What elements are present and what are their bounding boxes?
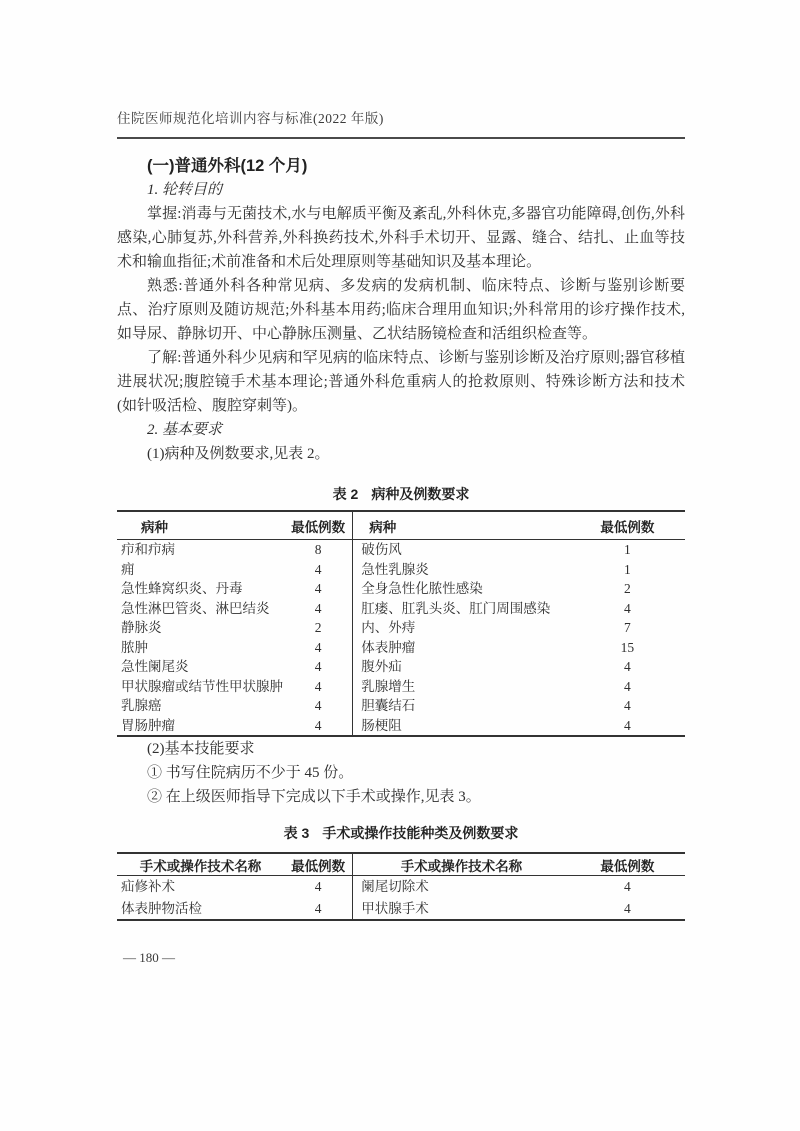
min-cases-cell: 4 bbox=[284, 677, 353, 697]
min-cases-cell: 4 bbox=[284, 876, 353, 898]
min-cases-cell: 4 bbox=[284, 696, 353, 716]
table3-header: 手术或操作技术名称 最低例数 手术或操作技术名称 最低例数 bbox=[117, 853, 685, 876]
min-cases-cell: 4 bbox=[284, 579, 353, 599]
item-name-cell: 疝修补术 bbox=[117, 876, 284, 898]
table-header-row: 病种 最低例数 病种 最低例数 bbox=[117, 511, 685, 540]
min-cases-cell: 2 bbox=[570, 579, 685, 599]
requirement-item-1: (1)病种及例数要求,见表 2。 bbox=[117, 442, 685, 466]
item-name-cell: 肛瘘、肛乳头炎、肛门周围感染 bbox=[353, 599, 570, 619]
min-cases-cell: 4 bbox=[570, 696, 685, 716]
min-cases-cell: 4 bbox=[284, 638, 353, 658]
min-cases-cell: 15 bbox=[570, 638, 685, 658]
col-header-disease-right: 病种 bbox=[353, 511, 570, 540]
col-header-operation-right: 手术或操作技术名称 bbox=[353, 853, 570, 876]
table-header-row: 手术或操作技术名称 最低例数 手术或操作技术名称 最低例数 bbox=[117, 853, 685, 876]
table-row: 静脉炎2内、外痔7 bbox=[117, 618, 685, 638]
min-cases-cell: 4 bbox=[284, 657, 353, 677]
table3-title-text: 手术或操作技能种类及例数要求 bbox=[322, 825, 518, 841]
table-row: 疝修补术4阑尾切除术4 bbox=[117, 876, 685, 898]
item-name-cell: 体表肿物活检 bbox=[117, 898, 284, 921]
table2-title-text: 病种及例数要求 bbox=[371, 486, 469, 502]
item-name-cell: 体表肿瘤 bbox=[353, 638, 570, 658]
min-cases-cell: 4 bbox=[570, 599, 685, 619]
table-row: 体表肿物活检4甲状腺手术4 bbox=[117, 898, 685, 921]
item-name-cell: 脓肿 bbox=[117, 638, 284, 658]
table2-title: 表 2病种及例数要求 bbox=[117, 484, 685, 504]
item-name-cell: 痈 bbox=[117, 560, 284, 580]
item-name-cell: 乳腺癌 bbox=[117, 696, 284, 716]
item-name-cell: 急性淋巴管炎、淋巴结炎 bbox=[117, 599, 284, 619]
col-header-operation-left: 手术或操作技术名称 bbox=[117, 853, 284, 876]
min-cases-cell: 2 bbox=[284, 618, 353, 638]
table-row: 疖和疖病8破伤风1 bbox=[117, 540, 685, 560]
goal-heading: 1. 轮转目的 bbox=[117, 178, 685, 202]
table3-body: 疝修补术4阑尾切除术4体表肿物活检4甲状腺手术4 bbox=[117, 876, 685, 921]
col-header-min-cases-right: 最低例数 bbox=[570, 511, 685, 540]
min-cases-cell: 8 bbox=[284, 540, 353, 560]
table-row: 急性蜂窝织炎、丹毒4全身急性化脓性感染2 bbox=[117, 579, 685, 599]
header-rule bbox=[117, 137, 685, 139]
min-cases-cell: 1 bbox=[570, 540, 685, 560]
min-cases-cell: 1 bbox=[570, 560, 685, 580]
table-row: 急性阑尾炎4腹外疝4 bbox=[117, 657, 685, 677]
item-name-cell: 甲状腺手术 bbox=[353, 898, 570, 921]
min-cases-cell: 4 bbox=[284, 599, 353, 619]
paragraph-master: 掌握:消毒与无菌技术,水与电解质平衡及紊乱,外科休克,多器官功能障碍,创伤,外科… bbox=[117, 202, 685, 274]
operations-table: 手术或操作技术名称 最低例数 手术或操作技术名称 最低例数 疝修补术4阑尾切除术… bbox=[117, 852, 685, 921]
min-cases-cell: 4 bbox=[570, 657, 685, 677]
table2-header: 病种 最低例数 病种 最低例数 bbox=[117, 511, 685, 540]
requirements-heading: 2. 基本要求 bbox=[117, 418, 685, 442]
document-page: 住院医师规范化培训内容与标准(2022 年版) (一)普通外科(12 个月) 1… bbox=[0, 0, 800, 1131]
requirement-item-2: (2)基本技能要求 bbox=[117, 737, 685, 761]
item-name-cell: 腹外疝 bbox=[353, 657, 570, 677]
running-header: 住院医师规范化培训内容与标准(2022 年版) bbox=[117, 110, 685, 128]
table-row: 痈4急性乳腺炎1 bbox=[117, 560, 685, 580]
item-name-cell: 阑尾切除术 bbox=[353, 876, 570, 898]
item-name-cell: 肠梗阻 bbox=[353, 716, 570, 737]
disease-cases-table: 病种 最低例数 病种 最低例数 疖和疖病8破伤风1痈4急性乳腺炎1急性蜂窝织炎、… bbox=[117, 510, 685, 737]
table2-label: 表 2 bbox=[333, 486, 359, 502]
table-row: 胃肠肿瘤4肠梗阻4 bbox=[117, 716, 685, 737]
table-row: 脓肿4体表肿瘤15 bbox=[117, 638, 685, 658]
item-name-cell: 乳腺增生 bbox=[353, 677, 570, 697]
col-header-min-cases-left: 最低例数 bbox=[284, 853, 353, 876]
item-name-cell: 急性乳腺炎 bbox=[353, 560, 570, 580]
item-name-cell: 胆囊结石 bbox=[353, 696, 570, 716]
page-content: 住院医师规范化培训内容与标准(2022 年版) (一)普通外科(12 个月) 1… bbox=[117, 0, 685, 967]
min-cases-cell: 4 bbox=[570, 876, 685, 898]
min-cases-cell: 4 bbox=[570, 898, 685, 921]
paragraph-understand: 了解:普通外科少见病和罕见病的临床特点、诊断与鉴别诊断及治疗原则;器官移植进展状… bbox=[117, 346, 685, 418]
skill-item-2: ② 在上级医师指导下完成以下手术或操作,见表 3。 bbox=[117, 785, 685, 809]
min-cases-cell: 4 bbox=[284, 560, 353, 580]
item-name-cell: 急性蜂窝织炎、丹毒 bbox=[117, 579, 284, 599]
paragraph-familiar: 熟悉:普通外科各种常见病、多发病的发病机制、临床特点、诊断与鉴别诊断要点、治疗原… bbox=[117, 274, 685, 346]
skill-item-1: ① 书写住院病历不少于 45 份。 bbox=[117, 761, 685, 785]
item-name-cell: 静脉炎 bbox=[117, 618, 284, 638]
col-header-min-cases-right: 最低例数 bbox=[570, 853, 685, 876]
table-row: 乳腺癌4胆囊结石4 bbox=[117, 696, 685, 716]
item-name-cell: 破伤风 bbox=[353, 540, 570, 560]
min-cases-cell: 4 bbox=[284, 898, 353, 921]
table-row: 急性淋巴管炎、淋巴结炎4肛瘘、肛乳头炎、肛门周围感染4 bbox=[117, 599, 685, 619]
min-cases-cell: 4 bbox=[570, 677, 685, 697]
item-name-cell: 急性阑尾炎 bbox=[117, 657, 284, 677]
section-title: (一)普通外科(12 个月) bbox=[117, 156, 685, 176]
table-row: 甲状腺瘤或结节性甲状腺肿4乳腺增生4 bbox=[117, 677, 685, 697]
item-name-cell: 全身急性化脓性感染 bbox=[353, 579, 570, 599]
table3-title: 表 3手术或操作技能种类及例数要求 bbox=[117, 823, 685, 843]
table2-body: 疖和疖病8破伤风1痈4急性乳腺炎1急性蜂窝织炎、丹毒4全身急性化脓性感染2急性淋… bbox=[117, 540, 685, 737]
col-header-disease-left: 病种 bbox=[117, 511, 284, 540]
item-name-cell: 胃肠肿瘤 bbox=[117, 716, 284, 737]
item-name-cell: 甲状腺瘤或结节性甲状腺肿 bbox=[117, 677, 284, 697]
col-header-min-cases-left: 最低例数 bbox=[284, 511, 353, 540]
min-cases-cell: 4 bbox=[284, 716, 353, 737]
min-cases-cell: 7 bbox=[570, 618, 685, 638]
item-name-cell: 疖和疖病 bbox=[117, 540, 284, 560]
table3-label: 表 3 bbox=[284, 825, 310, 841]
page-number: — 180 — bbox=[117, 949, 685, 967]
item-name-cell: 内、外痔 bbox=[353, 618, 570, 638]
min-cases-cell: 4 bbox=[570, 716, 685, 737]
